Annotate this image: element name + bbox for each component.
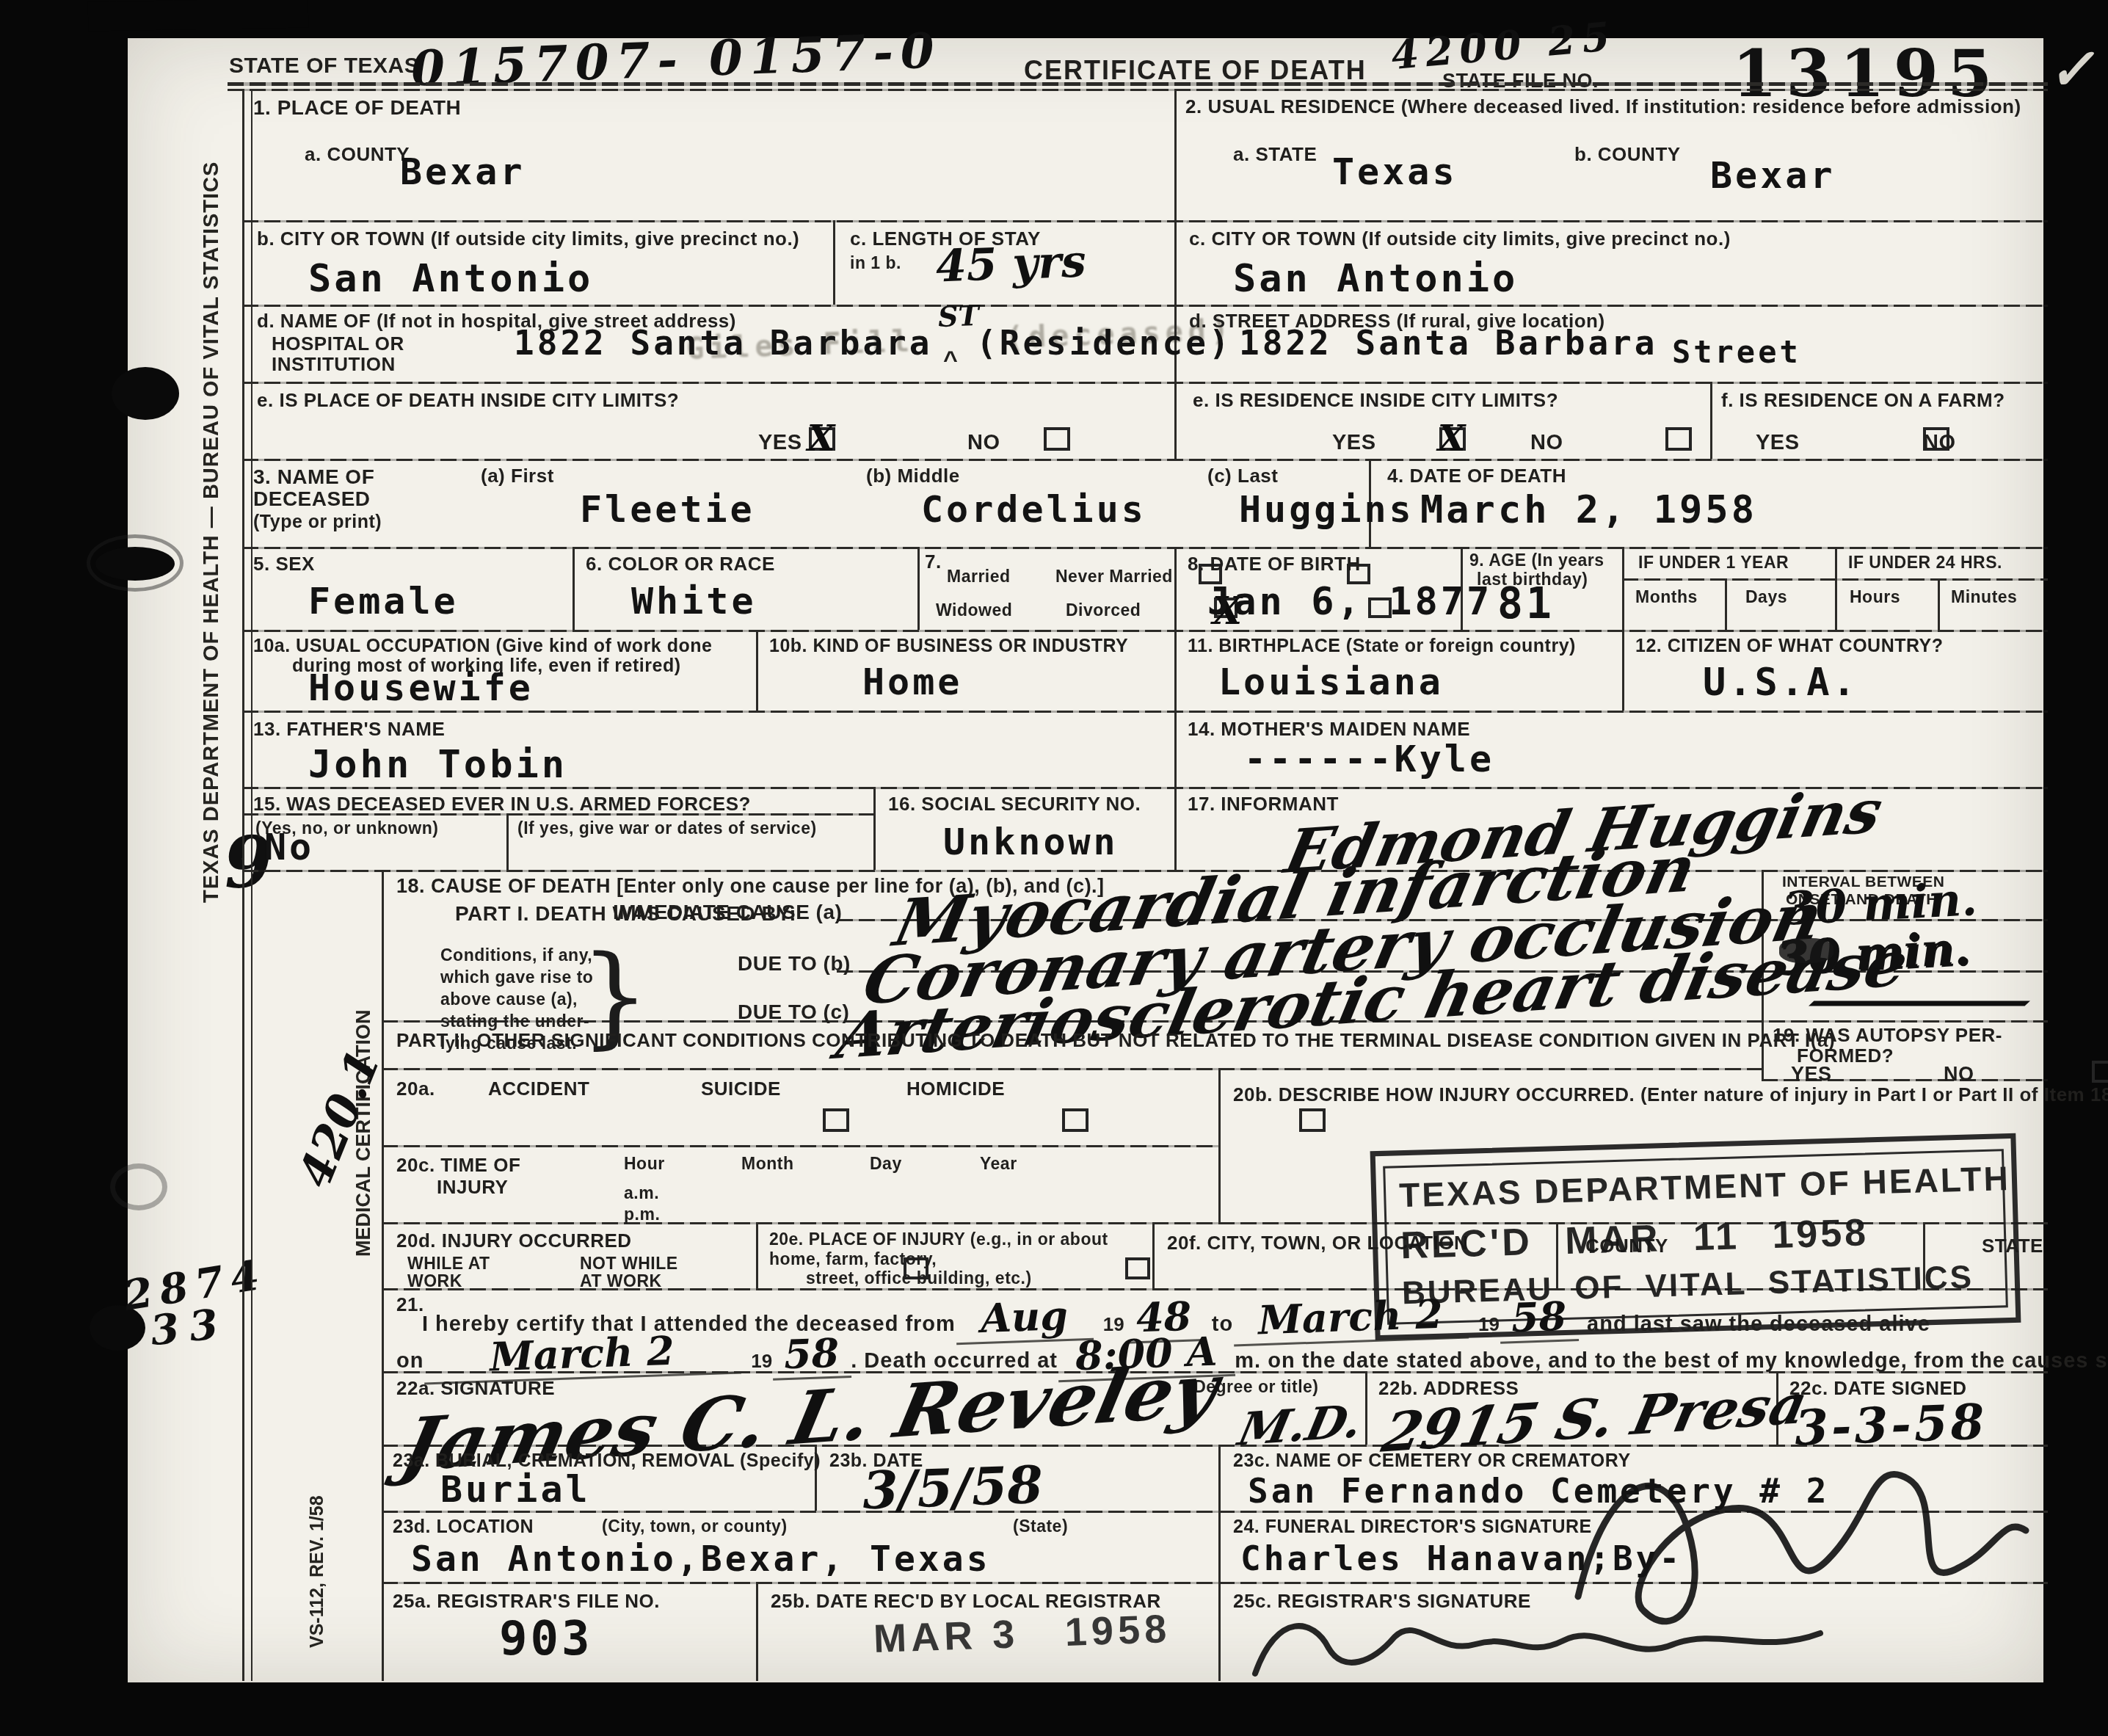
row-line xyxy=(242,547,2048,549)
column-line xyxy=(1174,787,1177,870)
divorced-label: Divorced xyxy=(1066,600,1141,620)
pod-limits-label: e. IS PLACE OF DEATH INSIDE CITY LIMITS? xyxy=(257,389,679,412)
conditions-note-line: which gave rise to xyxy=(440,967,593,987)
column-line xyxy=(1365,1371,1367,1445)
suicide-checkbox xyxy=(1062,1108,1088,1132)
row-line xyxy=(242,711,2048,713)
industry-label: 10b. KIND OF BUSINESS OR INDUSTRY xyxy=(769,636,1128,658)
marital-label: 7. xyxy=(925,551,942,573)
injury-occurred-label: 20d. INJURY OCCURRED xyxy=(396,1230,632,1252)
sub-line xyxy=(1622,578,2048,581)
yes-label: YES xyxy=(1756,430,1800,455)
am-label: a.m. xyxy=(624,1183,659,1203)
institution-st-handwriting: ST xyxy=(937,299,979,333)
place-of-injury-label2: street, office building, etc.) xyxy=(806,1268,1032,1288)
street-address-value2: Street xyxy=(1672,334,1801,370)
column-line xyxy=(756,630,758,711)
name-label3: (Type or print) xyxy=(253,512,382,534)
occupation-value: Housewife xyxy=(308,667,534,709)
homicide-label: HOMICIDE xyxy=(906,1078,1005,1100)
last-name-label: (c) Last xyxy=(1207,465,1278,487)
street-address-value: 1822 Santa Barbara xyxy=(1239,323,1658,363)
registrar-file-label: 25a. REGISTRAR'S FILE NO. xyxy=(393,1590,660,1613)
column-line xyxy=(1218,1582,1221,1681)
scan-edge-left xyxy=(0,0,128,1736)
column-line xyxy=(756,1582,758,1681)
column-line xyxy=(756,1222,758,1288)
column-line xyxy=(1710,382,1712,459)
first-name-value: Fleetie xyxy=(580,488,755,531)
homicide-checkbox xyxy=(1299,1108,1326,1132)
column-line xyxy=(573,547,575,630)
name-label1: 3. NAME OF xyxy=(253,465,374,489)
age-value: 81 xyxy=(1497,578,1555,628)
column-line xyxy=(1938,578,1940,630)
institution-value: 1822 Santa Barbara xyxy=(514,323,933,363)
days-label: Days xyxy=(1745,587,1787,607)
autopsy-yes-checkbox xyxy=(2092,1061,2108,1083)
hour-label: Hour xyxy=(624,1154,665,1174)
birthplace-label: 11. BIRTHPLACE (State or foreign country… xyxy=(1188,636,1576,658)
agency-sidebar-text: TEXAS DEPARTMENT OF HEALTH — BUREAU OF V… xyxy=(200,345,224,903)
scan-edge-top xyxy=(0,0,2108,38)
first-name-label: (a) First xyxy=(481,465,554,487)
while-at-work-label2: WORK xyxy=(407,1271,462,1291)
not-while-label2: AT WORK xyxy=(580,1271,662,1291)
ur-limits-label: e. IS RESIDENCE INSIDE CITY LIMITS? xyxy=(1193,389,1558,412)
never-married-label: Never Married xyxy=(1055,567,1173,586)
column-line xyxy=(1174,89,1177,459)
yes-label: YES xyxy=(1332,430,1376,455)
row-line xyxy=(242,630,2048,632)
row-line xyxy=(242,459,2048,461)
last-name-value: Huggins xyxy=(1239,488,1414,531)
column-line xyxy=(1725,578,1727,630)
dob-label: 8. DATE OF BIRTH xyxy=(1188,553,1361,575)
day-label: Day xyxy=(870,1154,902,1174)
punch-ring xyxy=(87,534,183,592)
pod-county-value: Bexar xyxy=(400,150,526,193)
occupation-label1: 10a. USUAL OCCUPATION (Give kind of work… xyxy=(253,636,712,658)
column-line xyxy=(1152,1222,1155,1288)
stamp-received-date-line: REC'D MAR 11 1958 xyxy=(1400,1207,1991,1268)
ur-county-value: Bexar xyxy=(1710,154,1836,197)
sex-label: 5. SEX xyxy=(253,553,315,575)
under-1-year-label: IF UNDER 1 YEAR xyxy=(1638,553,1789,573)
race-value: White xyxy=(631,580,757,622)
sidebar-line xyxy=(382,870,384,1681)
industry-value: Home xyxy=(862,661,962,703)
pod-city-value: San Antonio xyxy=(308,257,593,301)
margin-note-33: 33 xyxy=(148,1299,230,1356)
due-to-c-label: DUE TO (c) xyxy=(738,1000,849,1024)
registrar-file-value: 903 xyxy=(499,1612,593,1666)
scanned-death-certificate: TEXAS DEPARTMENT OF HEALTH — BUREAU OF V… xyxy=(0,0,2108,1736)
time-of-injury-label2: INJURY xyxy=(437,1176,508,1199)
part2-bottom-line xyxy=(382,1068,1762,1070)
scan-edge-bottom xyxy=(0,1682,2108,1736)
stamp-agency-line: TEXAS DEPARTMENT OF HEALTH xyxy=(1399,1159,1990,1215)
armed-forces-label: 15. WAS DECEASED EVER IN U.S. ARMED FORC… xyxy=(253,793,751,816)
location-label: 23d. LOCATION xyxy=(393,1517,534,1539)
month-label: Month xyxy=(741,1154,793,1174)
location-sub1: (City, town, or county) xyxy=(602,1517,788,1536)
column-line xyxy=(1218,1511,1221,1582)
last-seen-date-handwriting: March 2 xyxy=(423,1324,741,1384)
ur-limits-no-checkbox xyxy=(1665,427,1692,451)
no-label: NO xyxy=(1530,430,1563,455)
punch-hole xyxy=(112,367,179,420)
mother-name-value: ------Kyle xyxy=(1244,738,1494,780)
part2-label: PART II. OTHER SIGNIFICANT CONDITIONS CO… xyxy=(396,1029,1835,1052)
state-of-texas-label: STATE OF TEXAS xyxy=(229,53,419,79)
middle-name-label: (b) Middle xyxy=(866,465,960,487)
registrar-signature-script xyxy=(1248,1604,1835,1685)
pod-county-label: a. COUNTY xyxy=(305,143,410,166)
ink-blot xyxy=(1779,938,1833,963)
scan-corner-smudge xyxy=(88,0,309,32)
married-label: Married xyxy=(947,567,1011,586)
column-line xyxy=(1218,1068,1221,1222)
accident-label: ACCIDENT xyxy=(488,1078,589,1100)
armed-forces-value: No xyxy=(264,826,314,868)
column-line xyxy=(1622,547,1624,630)
interval-c-dash: — xyxy=(1798,975,2040,1026)
column-line xyxy=(917,547,920,630)
date-of-death-value: March 2, 1958 xyxy=(1420,488,1757,532)
informant-label: 17. INFORMANT xyxy=(1188,793,1339,816)
faint-ring xyxy=(110,1163,167,1210)
name-label2: DECEASED xyxy=(253,487,371,511)
year-label: Year xyxy=(980,1154,1017,1174)
accident-checkbox xyxy=(823,1108,849,1132)
race-label: 6. COLOR OR RACE xyxy=(586,553,775,575)
ur-city-label: c. CITY OR TOWN (If outside city limits,… xyxy=(1189,228,1731,250)
on-text: on xyxy=(396,1349,424,1373)
conditions-note-line: Conditions, if any, xyxy=(440,945,592,965)
form-code-text: VS-112, REV. 1/58 xyxy=(307,1457,328,1648)
place-of-death-title: 1. PLACE OF DEATH xyxy=(253,95,461,120)
institution-label3: INSTITUTION xyxy=(272,353,396,376)
age-label1: 9. AGE (In years xyxy=(1469,551,1604,570)
physician-degree-handwriting: M.D. xyxy=(1234,1394,1367,1456)
accident-section-label: 20a. xyxy=(396,1078,435,1100)
suicide-label: SUICIDE xyxy=(701,1078,781,1100)
column-line xyxy=(506,813,509,870)
burial-date-handwriting: 3/5/58 xyxy=(862,1454,1044,1522)
under-24-hrs-label: IF UNDER 24 HRS. xyxy=(1848,553,2002,573)
institution-label2: HOSPITAL OR xyxy=(272,333,404,355)
row-line xyxy=(242,220,2048,222)
column-line xyxy=(1622,630,1624,711)
yes-label: YES xyxy=(758,430,802,455)
place-of-injury-label1: 20e. PLACE OF INJURY (e.g., in or about … xyxy=(769,1230,1151,1269)
column-line xyxy=(873,787,876,870)
header-rule xyxy=(228,89,2048,91)
dob-value: Jan 6, 1877 xyxy=(1207,580,1492,624)
father-name-label: 13. FATHER'S NAME xyxy=(253,718,445,741)
time-of-injury-label1: 20c. TIME OF xyxy=(396,1154,520,1177)
row-line xyxy=(382,1145,1218,1147)
sex-value: Female xyxy=(308,580,459,622)
stay-sub-label: in 1 b. xyxy=(850,253,901,273)
column-line xyxy=(1174,547,1177,630)
birthplace-value: Louisiana xyxy=(1218,661,1444,703)
farm-label: f. IS RESIDENCE ON A FARM? xyxy=(1721,389,2005,412)
column-line xyxy=(833,220,835,305)
immediate-cause-label: IMMEDIATE CAUSE (a) xyxy=(613,900,842,924)
ur-limits-yes-checkbox: X xyxy=(1439,427,1466,451)
stay-value: 45 yrs xyxy=(935,236,1087,292)
location-sub2: (State) xyxy=(1013,1517,1068,1536)
scan-edge-right xyxy=(2043,0,2108,1736)
pm-label: p.m. xyxy=(624,1205,660,1224)
certify-text-4: m. on the date stated above, and to the … xyxy=(1235,1349,2108,1373)
row-line xyxy=(242,305,2048,307)
citizen-value: U.S.A. xyxy=(1703,661,1858,705)
column-line xyxy=(1835,547,1837,630)
header-rule xyxy=(228,82,2048,86)
minutes-label: Minutes xyxy=(1951,587,2017,607)
describe-injury-label: 20b. DESCRIBE HOW INJURY OCCURRED. (Ente… xyxy=(1233,1083,2108,1106)
ur-state-label: a. STATE xyxy=(1233,143,1317,166)
armed-forces-sub2: (If yes, give war or dates of service) xyxy=(517,818,817,838)
ur-state-value: Texas xyxy=(1332,150,1458,193)
column-line xyxy=(1174,711,1177,787)
father-name-value: John Tobin xyxy=(308,743,567,787)
usual-residence-title: 2. USUAL RESIDENCE (Where deceased lived… xyxy=(1185,95,2021,118)
institution-caret: ^ xyxy=(943,345,958,374)
ur-city-value: San Antonio xyxy=(1233,257,1518,301)
no-label: NO xyxy=(967,430,1000,455)
corner-check-mark: ✓ xyxy=(2046,36,2096,103)
months-label: Months xyxy=(1635,587,1698,607)
pod-city-label: b. CITY OR TOWN (If outside city limits,… xyxy=(257,228,799,250)
hours-label: Hours xyxy=(1850,587,1900,607)
conditions-note-line: above cause (a), xyxy=(440,989,578,1009)
check-mark: X xyxy=(1438,418,1465,460)
funeral-director-label: 24. FUNERAL DIRECTOR'S SIGNATURE xyxy=(1233,1517,1592,1539)
check-mark: X xyxy=(807,418,835,460)
ssn-value: Unknown xyxy=(943,821,1119,863)
burial-value: Burial xyxy=(440,1468,591,1511)
year-prefix: 19 xyxy=(751,1350,772,1373)
autopsy-label1: 19. WAS AUTOPSY PER- xyxy=(1773,1024,2002,1047)
pod-limits-yes-checkbox: X xyxy=(809,427,835,451)
certify-section-number: 21. xyxy=(396,1293,424,1316)
middle-name-value: Cordelius xyxy=(921,488,1146,531)
row-line xyxy=(242,382,2048,384)
citizen-label: 12. CITIZEN OF WHAT COUNTRY? xyxy=(1635,636,1944,658)
widowed-label: Widowed xyxy=(936,600,1012,620)
date-of-death-label: 4. DATE OF DEATH xyxy=(1387,465,1566,487)
column-line xyxy=(1218,1445,1221,1511)
no-label: NO xyxy=(1923,430,1956,455)
column-line xyxy=(1174,630,1177,711)
due-to-b-label: DUE TO (b) xyxy=(738,951,851,976)
ssn-label: 16. SOCIAL SECURITY NO. xyxy=(888,793,1141,816)
ur-county-label: b. COUNTY xyxy=(1574,143,1681,166)
table-border xyxy=(251,89,252,1681)
location-value: San Antonio,Bexar, Texas xyxy=(411,1539,991,1580)
table-border xyxy=(242,89,244,1681)
pod-limits-no-checkbox xyxy=(1044,427,1070,451)
